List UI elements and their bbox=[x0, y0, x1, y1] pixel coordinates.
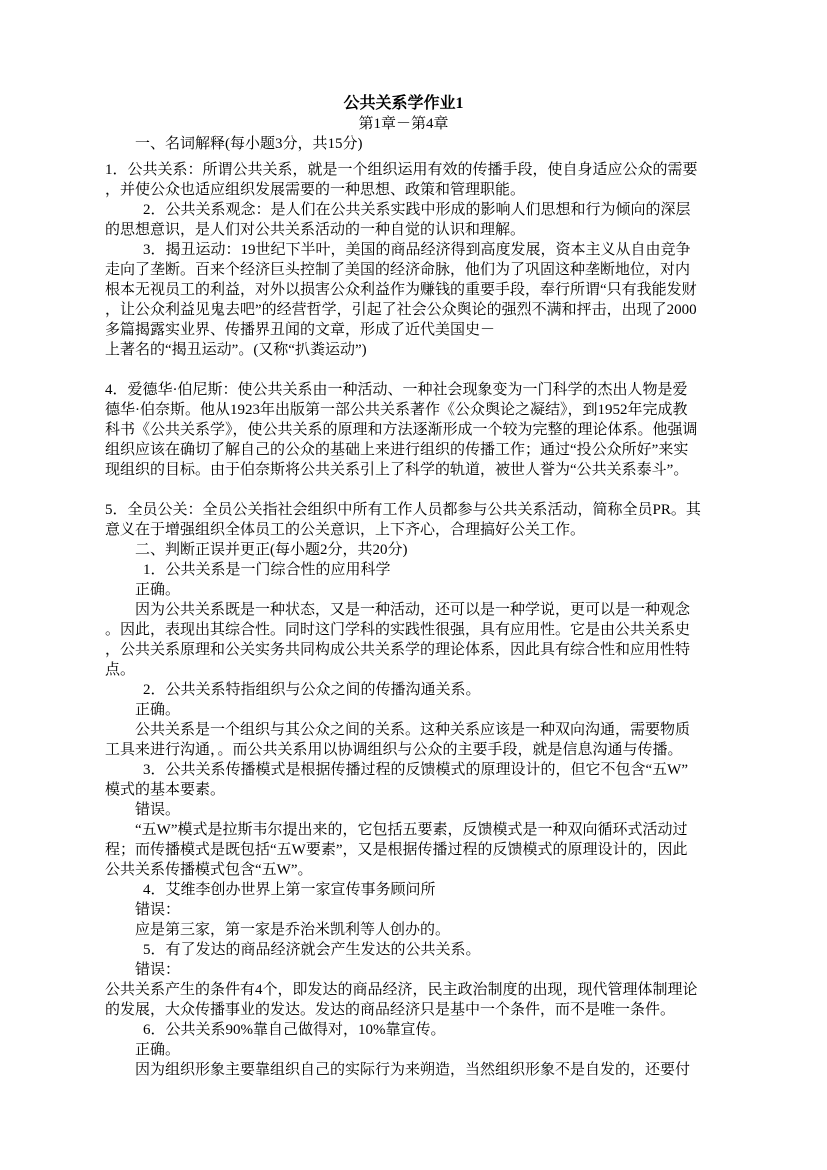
document-subtitle: 第1章－第4章 bbox=[105, 114, 702, 134]
judge-1-verdict: 正确。 bbox=[105, 580, 702, 600]
judge-3-explanation: “五W”模式是拉斯韦尔提出来的，它包括五要素，反馈模式是一种双向循环式活动过程；… bbox=[105, 820, 702, 880]
term-4-edward-bernays: 4．爱德华·伯尼斯：使公共关系由一种活动、一种社会现象变为一门科学的杰出人物是爱… bbox=[105, 380, 702, 480]
judge-4-explanation: 应是第三家，第一家是乔治米凯利等人创办的。 bbox=[105, 920, 702, 940]
judge-4-statement: 4．艾维李创办世界上第一家宣传事务顾问所 bbox=[105, 880, 702, 900]
judge-4-verdict: 错误： bbox=[105, 900, 702, 920]
judge-6-statement: 6．公共关系90%靠自己做得对，10%靠宣传。 bbox=[105, 1020, 702, 1040]
judge-2-verdict: 正确。 bbox=[105, 700, 702, 720]
judge-5-statement: 5．有了发达的商品经济就会产生发达的公共关系。 bbox=[105, 940, 702, 960]
judge-3-verdict: 错误。 bbox=[105, 800, 702, 820]
judge-2-explanation: 公共关系是一个组织与其公众之间的关系。这种关系应该是一种双向沟通，需要物质工具来… bbox=[105, 720, 702, 760]
paragraph-list: 一、名词解释(每小题3分，共15分)1．公共关系：所谓公共关系，就是一个组织运用… bbox=[105, 134, 702, 1080]
section-1-heading: 一、名词解释(每小题3分，共15分) bbox=[105, 134, 702, 154]
judge-3-statement: 3．公共关系传播模式是根据传播过程的反馈模式的原理设计的，但它不包含“五W”模式… bbox=[105, 760, 702, 800]
document-content: 公共关系学作业1 第1章－第4章 一、名词解释(每小题3分，共15分)1．公共关… bbox=[105, 94, 702, 1080]
term-2-pr-concept: 2．公共关系观念：是人们在公共关系实践中形成的影响人们思想和行为倾向的深层的思想… bbox=[105, 200, 702, 240]
judge-5-verdict: 错误： bbox=[105, 960, 702, 980]
term-1-public-relations: 1．公共关系：所谓公共关系，就是一个组织运用有效的传播手段，使自身适应公众的需要… bbox=[105, 160, 702, 200]
document-page: 公共关系学作业1 第1章－第4章 一、名词解释(每小题3分，共15分)1．公共关… bbox=[0, 0, 827, 1170]
judge-6-explanation: 因为组织形象主要靠组织自己的实际行为来朔造，当然组织形象不是自发的，还要付 bbox=[105, 1060, 702, 1080]
judge-1-statement: 1．公共关系是一门综合性的应用科学 bbox=[105, 560, 702, 580]
section-2-heading: 二、判断正误并更正(每小题2分，共20分) bbox=[105, 540, 702, 560]
document-title: 公共关系学作业1 bbox=[105, 94, 702, 114]
judge-6-verdict: 正确。 bbox=[105, 1040, 702, 1060]
judge-1-explanation: 因为公共关系既是一种状态，又是一种活动，还可以是一种学说，更可以是一种观念。因此… bbox=[105, 600, 702, 680]
term-5-all-staff-pr: 5．全员公关：全员公关指社会组织中所有工作人员都参与公共关系活动，简称全员PR。… bbox=[105, 500, 702, 540]
judge-5-explanation: 公共关系产生的条件有4个，即发达的商品经济，民主政治制度的出现，现代管理体制理论… bbox=[105, 980, 702, 1020]
judge-2-statement: 2．公共关系特指组织与公众之间的传播沟通关系。 bbox=[105, 680, 702, 700]
term-3-muckraking: 3．揭丑运动：19世纪下半叶，美国的商品经济得到高度发展，资本主义从自由竞争走向… bbox=[105, 240, 702, 360]
